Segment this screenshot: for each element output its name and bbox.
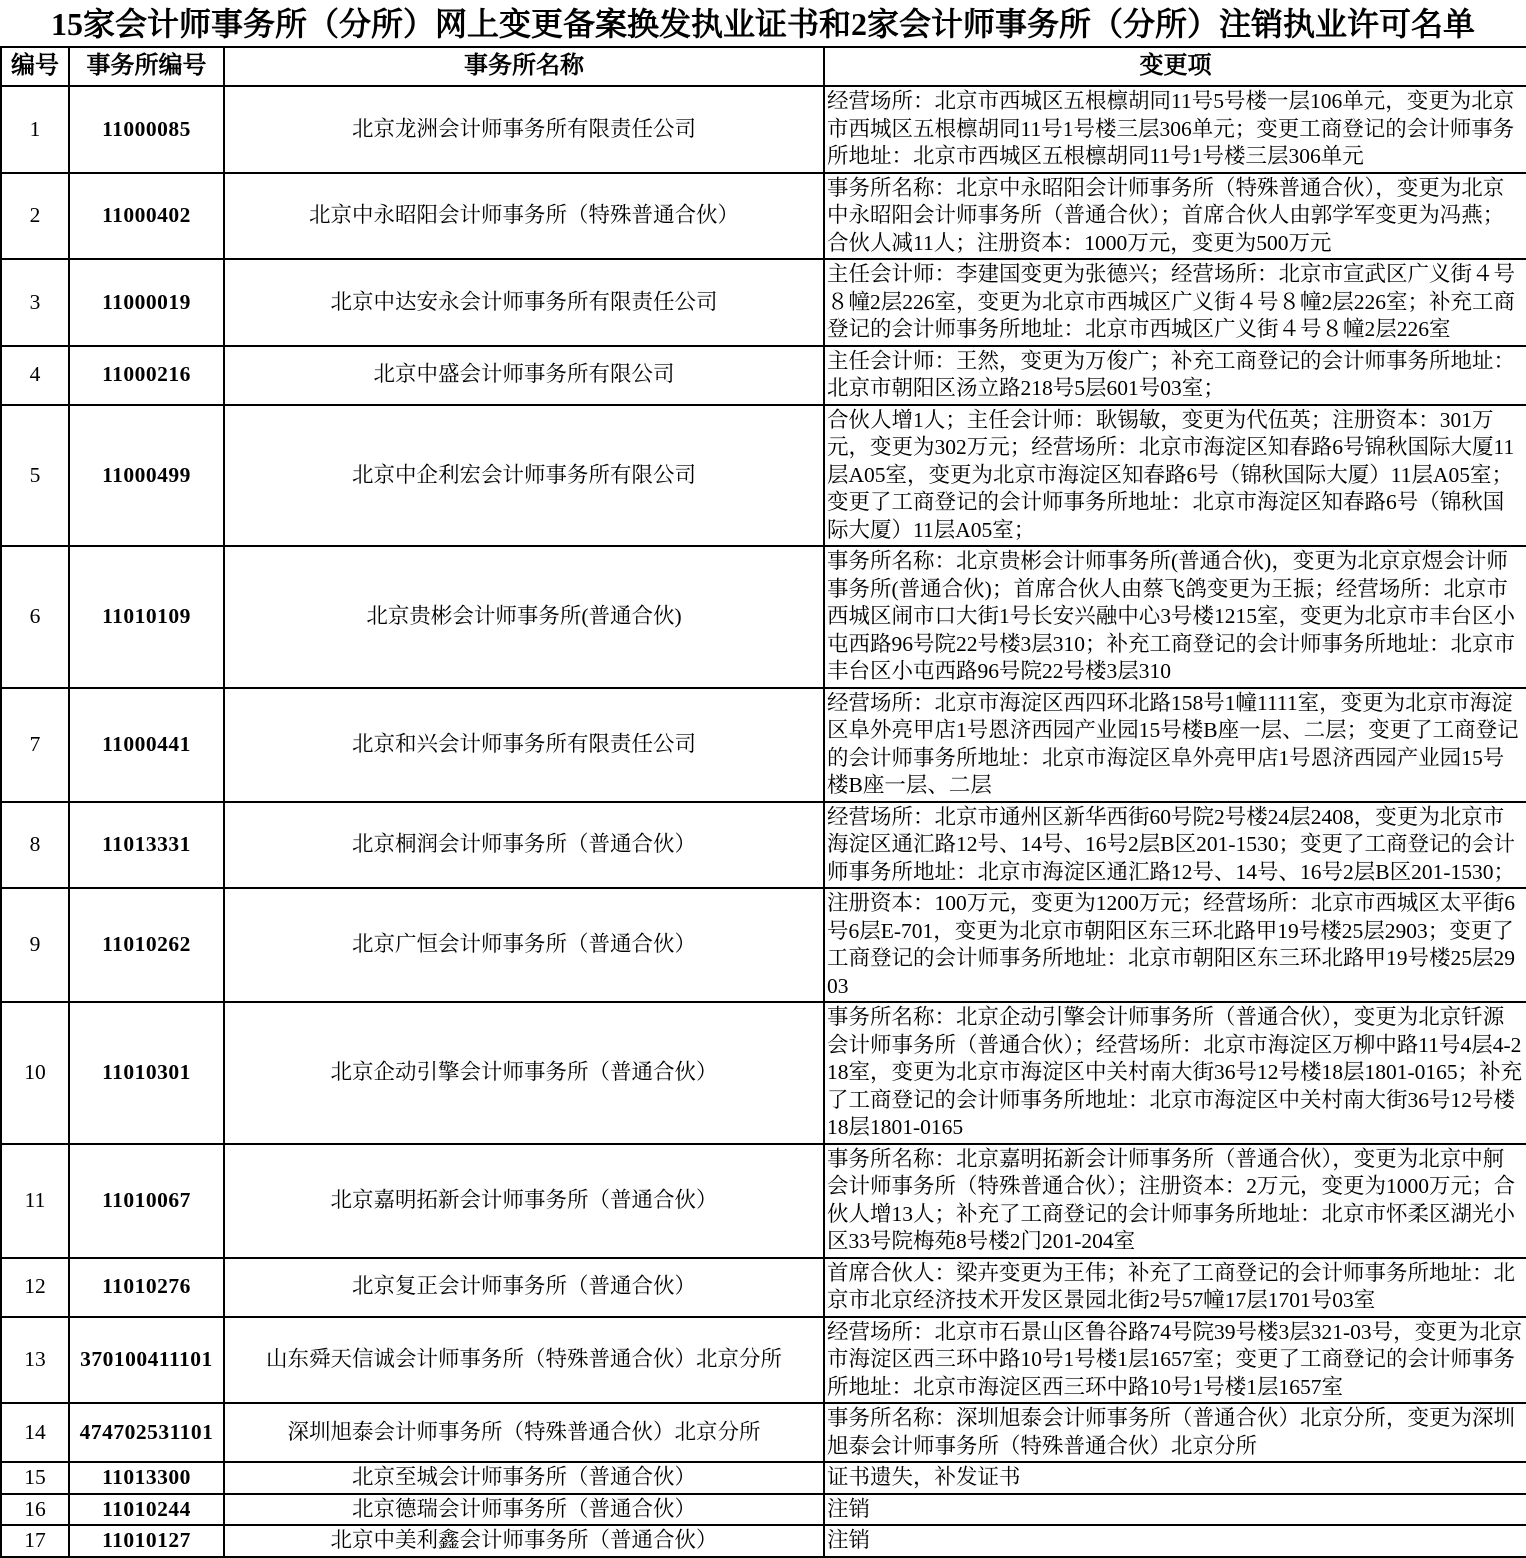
firm-name-cell: 深圳旭泰会计师事务所（特殊普通合伙）北京分所 bbox=[224, 1403, 824, 1462]
table-row: 911010262北京广恒会计师事务所（普通合伙）注册资本：100万元，变更为1… bbox=[1, 888, 1526, 1002]
row-number-cell: 10 bbox=[1, 1002, 69, 1144]
changes-cell: 证书遗失，补发证书 bbox=[824, 1462, 1526, 1494]
document-page: 15家会计师事务所（分所）网上变更备案换发执业证书和2家会计师事务所（分所）注销… bbox=[0, 0, 1526, 1558]
row-number-cell: 11 bbox=[1, 1144, 69, 1258]
firm-name-cell: 北京广恒会计师事务所（普通合伙） bbox=[224, 888, 824, 1002]
row-number-cell: 3 bbox=[1, 259, 69, 346]
table-row: 811013331北京桐润会计师事务所（普通合伙）经营场所：北京市通州区新华西街… bbox=[1, 802, 1526, 889]
firm-number-cell: 11000085 bbox=[69, 86, 224, 173]
firm-name-cell: 北京中美利鑫会计师事务所（普通合伙） bbox=[224, 1525, 824, 1557]
row-number-cell: 7 bbox=[1, 688, 69, 802]
firms-change-table: 编号 事务所编号 事务所名称 变更项 111000085北京龙洲会计师事务所有限… bbox=[0, 46, 1526, 1557]
column-header-firm-number: 事务所编号 bbox=[69, 47, 224, 86]
changes-cell: 注册资本：100万元，变更为1200万元；经营场所：北京市西城区太平街6号6层E… bbox=[824, 888, 1526, 1002]
changes-cell: 经营场所：北京市通州区新华西街60号院2号楼24层2408，变更为北京市海淀区通… bbox=[824, 802, 1526, 889]
firm-number-cell: 11000441 bbox=[69, 688, 224, 802]
changes-cell: 事务所名称：北京贵彬会计师事务所(普通合伙)，变更为北京京煜会计师事务所(普通合… bbox=[824, 546, 1526, 688]
changes-cell: 注销 bbox=[824, 1525, 1526, 1557]
table-row: 111000085北京龙洲会计师事务所有限责任公司经营场所：北京市西城区五根檩胡… bbox=[1, 86, 1526, 173]
firm-number-cell: 370100411101 bbox=[69, 1317, 224, 1404]
table-row: 1611010244北京德瑞会计师事务所（普通合伙）注销 bbox=[1, 1494, 1526, 1526]
page-title: 15家会计师事务所（分所）网上变更备案换发执业证书和2家会计师事务所（分所）注销… bbox=[0, 0, 1526, 46]
row-number-cell: 14 bbox=[1, 1403, 69, 1462]
table-row: 1211010276北京复正会计师事务所（普通合伙）首席合伙人：梁卉变更为王伟；… bbox=[1, 1258, 1526, 1317]
changes-cell: 注销 bbox=[824, 1494, 1526, 1526]
firm-number-cell: 11013300 bbox=[69, 1462, 224, 1494]
firm-number-cell: 11010244 bbox=[69, 1494, 224, 1526]
row-number-cell: 4 bbox=[1, 346, 69, 405]
changes-cell: 事务所名称：深圳旭泰会计师事务所（普通合伙）北京分所，变更为深圳旭泰会计师事务所… bbox=[824, 1403, 1526, 1462]
firm-name-cell: 北京龙洲会计师事务所有限责任公司 bbox=[224, 86, 824, 173]
firm-number-cell: 11013331 bbox=[69, 802, 224, 889]
row-number-cell: 2 bbox=[1, 173, 69, 260]
row-number-cell: 12 bbox=[1, 1258, 69, 1317]
row-number-cell: 8 bbox=[1, 802, 69, 889]
row-number-cell: 16 bbox=[1, 1494, 69, 1526]
row-number-cell: 15 bbox=[1, 1462, 69, 1494]
changes-cell: 事务所名称：北京嘉明拓新会计师事务所（普通合伙），变更为北京中舸会计师事务所（特… bbox=[824, 1144, 1526, 1258]
firm-name-cell: 北京桐润会计师事务所（普通合伙） bbox=[224, 802, 824, 889]
firm-name-cell: 北京复正会计师事务所（普通合伙） bbox=[224, 1258, 824, 1317]
firm-name-cell: 北京中盛会计师事务所有限公司 bbox=[224, 346, 824, 405]
table-header-row: 编号 事务所编号 事务所名称 变更项 bbox=[1, 47, 1526, 86]
changes-cell: 主任会计师：王然，变更为万俊广；补充工商登记的会计师事务所地址：北京市朝阳区汤立… bbox=[824, 346, 1526, 405]
table-row: 1511013300北京至城会计师事务所（普通合伙）证书遗失，补发证书 bbox=[1, 1462, 1526, 1494]
table-row: 1111010067北京嘉明拓新会计师事务所（普通合伙）事务所名称：北京嘉明拓新… bbox=[1, 1144, 1526, 1258]
changes-cell: 首席合伙人：梁卉变更为王伟；补充了工商登记的会计师事务所地址：北京市北京经济技术… bbox=[824, 1258, 1526, 1317]
column-header-firm-name: 事务所名称 bbox=[224, 47, 824, 86]
firm-name-cell: 北京至城会计师事务所（普通合伙） bbox=[224, 1462, 824, 1494]
row-number-cell: 13 bbox=[1, 1317, 69, 1404]
firm-name-cell: 北京德瑞会计师事务所（普通合伙） bbox=[224, 1494, 824, 1526]
firm-name-cell: 北京贵彬会计师事务所(普通合伙) bbox=[224, 546, 824, 688]
firm-name-cell: 北京和兴会计师事务所有限责任公司 bbox=[224, 688, 824, 802]
changes-cell: 经营场所：北京市西城区五根檩胡同11号5号楼一层106单元，变更为北京市西城区五… bbox=[824, 86, 1526, 173]
table-row: 211000402北京中永昭阳会计师事务所（特殊普通合伙）事务所名称：北京中永昭… bbox=[1, 173, 1526, 260]
table-row: 14474702531101深圳旭泰会计师事务所（特殊普通合伙）北京分所事务所名… bbox=[1, 1403, 1526, 1462]
firm-number-cell: 11000216 bbox=[69, 346, 224, 405]
firm-name-cell: 北京中达安永会计师事务所有限责任公司 bbox=[224, 259, 824, 346]
firm-number-cell: 11010127 bbox=[69, 1525, 224, 1557]
row-number-cell: 6 bbox=[1, 546, 69, 688]
firm-number-cell: 11010301 bbox=[69, 1002, 224, 1144]
firm-number-cell: 474702531101 bbox=[69, 1403, 224, 1462]
table-row: 1711010127北京中美利鑫会计师事务所（普通合伙）注销 bbox=[1, 1525, 1526, 1557]
firm-name-cell: 北京嘉明拓新会计师事务所（普通合伙） bbox=[224, 1144, 824, 1258]
firm-number-cell: 11000019 bbox=[69, 259, 224, 346]
row-number-cell: 9 bbox=[1, 888, 69, 1002]
table-row: 511000499北京中企利宏会计师事务所有限公司合伙人增1人；主任会计师：耿锡… bbox=[1, 405, 1526, 547]
firm-number-cell: 11010109 bbox=[69, 546, 224, 688]
firm-number-cell: 11010276 bbox=[69, 1258, 224, 1317]
row-number-cell: 17 bbox=[1, 1525, 69, 1557]
table-row: 611010109北京贵彬会计师事务所(普通合伙)事务所名称：北京贵彬会计师事务… bbox=[1, 546, 1526, 688]
firm-number-cell: 11000499 bbox=[69, 405, 224, 547]
table-row: 411000216北京中盛会计师事务所有限公司主任会计师：王然，变更为万俊广；补… bbox=[1, 346, 1526, 405]
firm-number-cell: 11010262 bbox=[69, 888, 224, 1002]
column-header-changes: 变更项 bbox=[824, 47, 1526, 86]
table-row: 13370100411101山东舜天信诚会计师事务所（特殊普通合伙）北京分所经营… bbox=[1, 1317, 1526, 1404]
changes-cell: 经营场所：北京市石景山区鲁谷路74号院39号楼3层321-03号，变更为北京市海… bbox=[824, 1317, 1526, 1404]
firm-number-cell: 11000402 bbox=[69, 173, 224, 260]
changes-cell: 事务所名称：北京中永昭阳会计师事务所（特殊普通合伙），变更为北京中永昭阳会计师事… bbox=[824, 173, 1526, 260]
row-number-cell: 1 bbox=[1, 86, 69, 173]
changes-cell: 主任会计师：李建国变更为张德兴；经营场所：北京市宣武区广义街４号８幢2层226室… bbox=[824, 259, 1526, 346]
row-number-cell: 5 bbox=[1, 405, 69, 547]
changes-cell: 事务所名称：北京企动引擎会计师事务所（普通合伙），变更为北京钎源会计师事务所（普… bbox=[824, 1002, 1526, 1144]
table-row: 1011010301北京企动引擎会计师事务所（普通合伙）事务所名称：北京企动引擎… bbox=[1, 1002, 1526, 1144]
firm-number-cell: 11010067 bbox=[69, 1144, 224, 1258]
column-header-row-number: 编号 bbox=[1, 47, 69, 86]
firm-name-cell: 北京企动引擎会计师事务所（普通合伙） bbox=[224, 1002, 824, 1144]
changes-cell: 经营场所：北京市海淀区西四环北路158号1幢1111室，变更为北京市海淀区阜外亮… bbox=[824, 688, 1526, 802]
table-row: 711000441北京和兴会计师事务所有限责任公司经营场所：北京市海淀区西四环北… bbox=[1, 688, 1526, 802]
firm-name-cell: 北京中企利宏会计师事务所有限公司 bbox=[224, 405, 824, 547]
firm-name-cell: 北京中永昭阳会计师事务所（特殊普通合伙） bbox=[224, 173, 824, 260]
table-row: 311000019北京中达安永会计师事务所有限责任公司主任会计师：李建国变更为张… bbox=[1, 259, 1526, 346]
firm-name-cell: 山东舜天信诚会计师事务所（特殊普通合伙）北京分所 bbox=[224, 1317, 824, 1404]
changes-cell: 合伙人增1人；主任会计师：耿锡敏，变更为代伍英；注册资本：301万元，变更为30… bbox=[824, 405, 1526, 547]
